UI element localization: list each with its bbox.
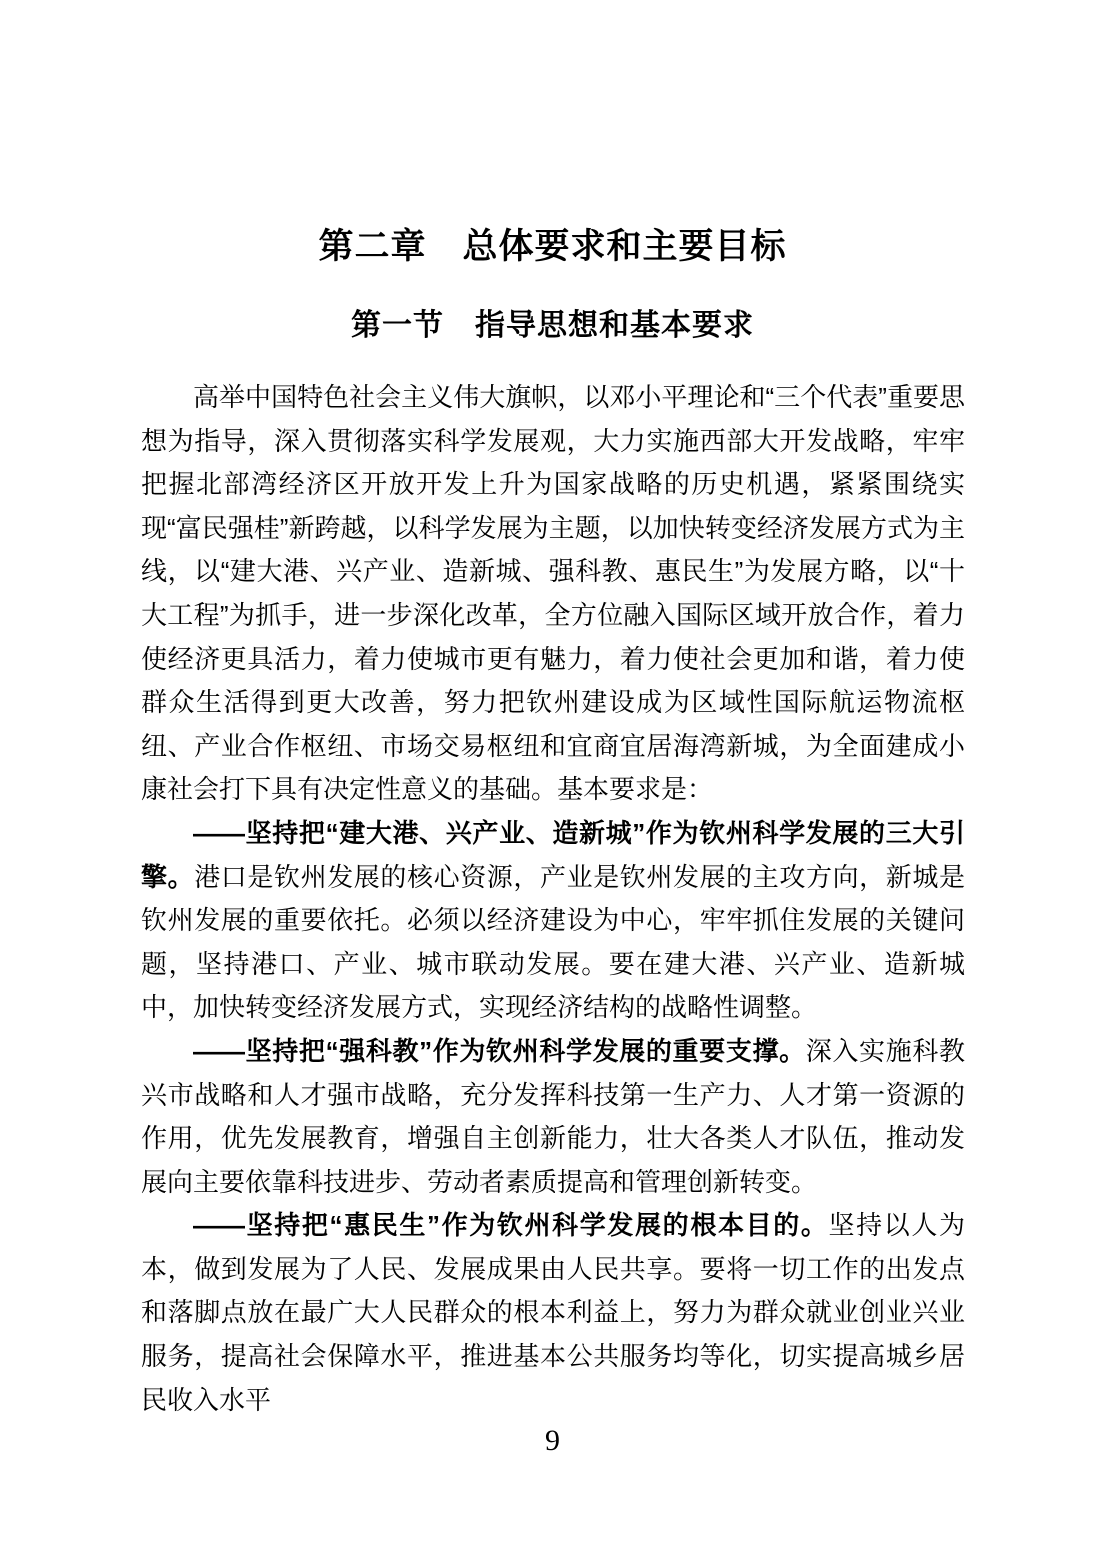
- paragraph: ——坚持把“惠民生”作为钦州科学发展的根本目的。坚持以人为本，做到发展为了人民、…: [141, 1204, 965, 1422]
- body-text: 高举中国特色社会主义伟大旗帜，以邓小平理论和“三个代表”重要思想为指导，深入贯彻…: [141, 376, 965, 1422]
- page-number: 9: [0, 1424, 1105, 1458]
- paragraph-lead-bold: ——坚持把“强科教”作为钦州科学发展的重要支撑。: [193, 1036, 806, 1066]
- section-title: 第一节 指导思想和基本要求: [0, 300, 1105, 344]
- paragraph-lead-bold: ——坚持把“惠民生”作为钦州科学发展的根本目的。: [193, 1210, 828, 1240]
- paragraph: ——坚持把“强科教”作为钦州科学发展的重要支撑。深入实施科教兴市战略和人才强市战…: [141, 1030, 965, 1204]
- document-page: 第二章 总体要求和主要目标 第一节 指导思想和基本要求 高举中国特色社会主义伟大…: [0, 0, 1105, 1550]
- paragraph-lead-bold: ——坚持把“建大港、兴产业、造新城”作为钦州科学发展的三大引擎。: [141, 818, 965, 892]
- chapter-title: 第二章 总体要求和主要目标: [0, 219, 1105, 269]
- paragraph: 高举中国特色社会主义伟大旗帜，以邓小平理论和“三个代表”重要思想为指导，深入贯彻…: [141, 376, 965, 812]
- paragraph: ——坚持把“建大港、兴产业、造新城”作为钦州科学发展的三大引擎。港口是钦州发展的…: [141, 812, 965, 1030]
